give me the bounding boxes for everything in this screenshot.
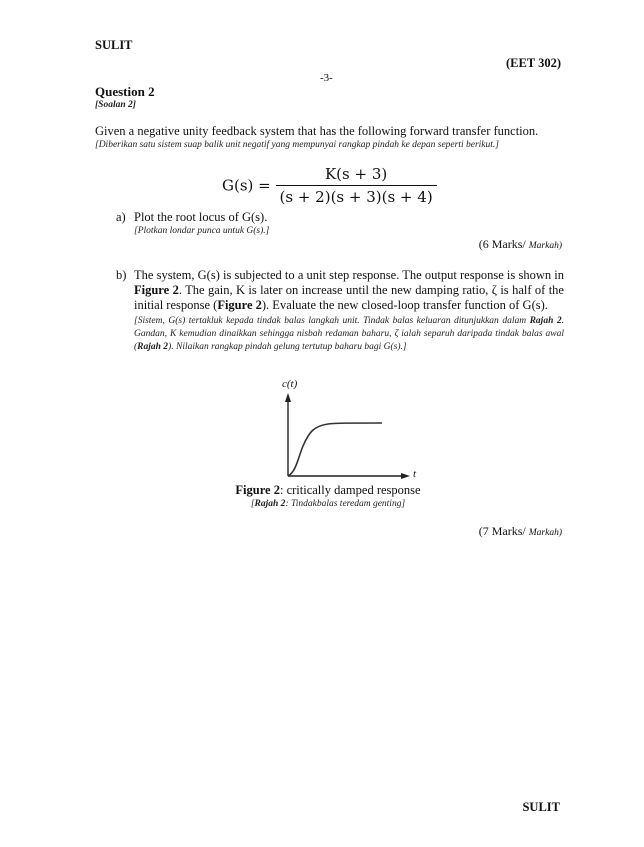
figure-2: c(t) t bbox=[276, 380, 426, 480]
figure-ref-translation: Rajah 2 bbox=[137, 342, 168, 352]
page-number: -3- bbox=[320, 71, 333, 86]
question-intro: Given a negative unity feedback system t… bbox=[95, 124, 565, 152]
x-axis-arrow-icon bbox=[401, 473, 410, 479]
step-response-plot bbox=[276, 380, 426, 480]
caption-text: : critically damped response bbox=[280, 483, 421, 497]
caption-label: Figure 2 bbox=[235, 483, 280, 497]
caption-en: Figure 2: critically damped response bbox=[222, 483, 434, 498]
figure-caption: Figure 2: critically damped response [Ra… bbox=[222, 483, 434, 511]
header-sulit: SULIT bbox=[95, 38, 133, 53]
figure-ref-translation: Rajah 2 bbox=[530, 316, 562, 326]
question-title: Question 2 bbox=[95, 84, 155, 100]
equation-numerator: K(s + 3) bbox=[321, 165, 391, 185]
caption-translation-text: : Tindakbalas teredam genting] bbox=[285, 499, 405, 509]
transfer-function-equation: G(s) = K(s + 3) (s + 2)(s + 3)(s + 4) bbox=[222, 165, 437, 206]
question-heading: Question 2 [Soalan 2] bbox=[95, 84, 155, 111]
translation-text-1: [Sistem, G(s) tertakluk kepada tindak ba… bbox=[134, 316, 530, 326]
part-b-text-1: The system, G(s) is subjected to a unit … bbox=[134, 268, 564, 282]
x-axis bbox=[288, 473, 410, 479]
figure-ref: Figure 2 bbox=[134, 283, 179, 297]
y-axis bbox=[285, 393, 291, 476]
y-axis-arrow-icon bbox=[285, 393, 291, 402]
part-a: Plot the root locus of G(s). [Plotkan lo… bbox=[134, 210, 564, 238]
equation-lhs: G(s) = bbox=[222, 177, 271, 195]
translation-text-3: ). Nilaikan rangkap pindah gelung tertut… bbox=[168, 342, 407, 352]
marks-my: Markah) bbox=[529, 528, 562, 538]
marks-en: (6 Marks/ bbox=[479, 237, 526, 251]
question-title-translation: [Soalan 2] bbox=[95, 100, 155, 111]
intro-text: Given a negative unity feedback system t… bbox=[95, 124, 565, 139]
footer-sulit: SULIT bbox=[522, 800, 560, 815]
part-b-text-3: ). Evaluate the new closed-loop transfer… bbox=[262, 298, 548, 312]
part-a-text: Plot the root locus of G(s). bbox=[134, 210, 564, 225]
caption-translation-label: Rajah 2 bbox=[255, 499, 286, 509]
response-curve bbox=[288, 423, 382, 476]
part-b: The system, G(s) is subjected to a unit … bbox=[134, 268, 564, 354]
part-b-marks: (7 Marks/ Markah) bbox=[479, 524, 562, 539]
part-b-label: b) bbox=[116, 268, 126, 283]
intro-translation: [Diberikan satu sistem suap balik unit n… bbox=[95, 139, 565, 152]
part-b-translation: [Sistem, G(s) tertakluk kepada tindak ba… bbox=[134, 315, 564, 354]
equation-denominator: (s + 2)(s + 3)(s + 4) bbox=[276, 185, 437, 206]
x-axis-label: t bbox=[413, 468, 416, 480]
part-a-label: a) bbox=[116, 210, 126, 225]
y-axis-label: c(t) bbox=[282, 378, 297, 390]
part-a-marks: (6 Marks/ Markah) bbox=[479, 237, 562, 252]
marks-my: Markah) bbox=[529, 241, 562, 251]
part-b-text: The system, G(s) is subjected to a unit … bbox=[134, 268, 564, 313]
marks-en: (7 Marks/ bbox=[479, 524, 526, 538]
equation-fraction: K(s + 3) (s + 2)(s + 3)(s + 4) bbox=[276, 165, 437, 206]
caption-my: [Rajah 2: Tindakbalas teredam genting] bbox=[222, 498, 434, 511]
figure-ref: Figure 2 bbox=[217, 298, 262, 312]
course-code: (EET 302) bbox=[506, 56, 561, 71]
